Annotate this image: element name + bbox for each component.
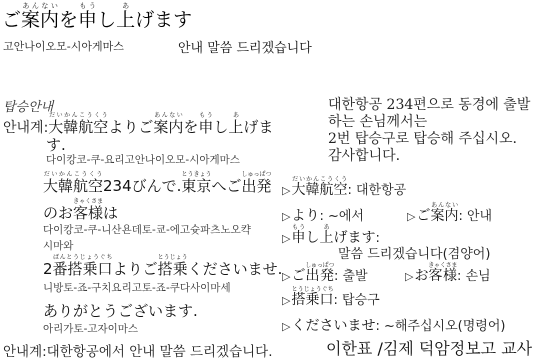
triangle-marker-icon: ▷: [282, 320, 290, 333]
page-title: ご案内あんないを申もうし上あげます: [2, 2, 192, 32]
gloss-meaning: ~해주십시오(명령어): [384, 319, 506, 334]
gloss-meaning: 탑승구: [342, 293, 380, 308]
speaker-label: 안내계:: [3, 120, 48, 136]
gloss-meaning: ~에서: [328, 209, 364, 224]
dialogue-line-4: ありがとうございます.: [43, 300, 198, 321]
dialogue-line-2: 大韓航空だいかんこうくう234びんで.東京とうきょうへご出発しゅっぱつ: [43, 171, 271, 196]
ruby-toujou: 搭乗とうじょう: [158, 260, 188, 278]
dialogue-line-1-pron: 다이캉코-쿠-요리고안나이오모-시아게마스: [46, 152, 240, 167]
ruby-a: 上あ: [228, 118, 243, 136]
glossary-item: ▷より: ~에서: [282, 205, 364, 225]
gloss-word: 出発しゅっぱつ: [305, 268, 334, 284]
title-ruby-annai: 案内あんない: [21, 9, 59, 31]
translation-line: 대한항공 234편으로 동경에 출발: [328, 97, 530, 114]
korean-translation: 대한항공 234편으로 동경에 출발 하는 손님께서는 2번 탑승구로 탑승해 …: [328, 97, 530, 165]
translation-line: 2번 탑승구로 탑승해 주십시오.: [328, 131, 530, 148]
title-part: ご: [2, 9, 21, 31]
triangle-marker-icon: ▷: [282, 210, 290, 223]
title-part: し: [97, 9, 116, 31]
ruby-annai: 案内あんない: [153, 118, 183, 136]
author-credit: 이한표 /김제 덕암정보고 교사: [326, 336, 532, 359]
glossary-item: ▷ご案内あんない: 안내: [407, 202, 492, 225]
title-translation: 안내 말씀 드리겠습니다: [178, 37, 312, 56]
glossary-item: ▷くださいませ: ~해주십시오(명령어): [282, 315, 506, 335]
gloss-word: 案内あんない: [430, 208, 458, 224]
gloss-word: 客様きゃくさま: [428, 268, 457, 284]
title-part: げます: [135, 9, 192, 31]
gloss-meaning: 안내: [467, 209, 492, 224]
ruby-daikankoukuu-2: 大韓航空だいかんこうくう: [43, 177, 103, 195]
glossary-item: ▷お客様きゃくさま: 손님: [405, 262, 491, 285]
gloss-word: 搭乗口とうじょうぐち: [291, 292, 333, 308]
dialogue-line-1: 안내계:大韓航空だいかんこうくうよりご案内あんないを申もうし上あげま: [3, 112, 273, 137]
dialogue-line-4-pron: 아리가토-고자이마스: [43, 321, 138, 336]
gloss-word: くださいませ: [291, 318, 375, 334]
gloss-meaning: 출발: [343, 269, 368, 284]
glossary-item: ▷搭乗口とうじょうぐち: 탑승구: [282, 286, 380, 309]
gloss-word: より: [291, 208, 319, 224]
title-part: を: [59, 9, 78, 31]
dialogue-line-3: 2番搭乗口ばんとうじょうぐちよりご搭乗とうじょうくださいませ.: [43, 254, 282, 279]
dialogue-line-2-pron: 다이캉코-쿠-니산욘데토-쿄-에고슛파츠노오캭: [43, 222, 251, 237]
ruby-mou: 申もう: [198, 118, 213, 136]
ruby-shuppatsu: 出発しゅっぱつ: [241, 177, 271, 195]
gloss-word: 大韓航空だいかんこうくう: [291, 182, 347, 198]
dialogue-line-2-pron-cont: 시마와: [43, 238, 73, 253]
triangle-marker-icon: ▷: [282, 232, 290, 245]
triangle-marker-icon: ▷: [282, 184, 290, 197]
glossary-item: ▷ご出発しゅっぱつ: 출발: [282, 262, 368, 285]
glossary-item: ▷大韓航空だいかんこうくう: 대한항공: [282, 176, 406, 199]
ruby-a-g: 上あ: [319, 230, 333, 246]
ruby-kyakusama: 客様きゃくさま: [73, 204, 103, 222]
dialogue-line-2-cont: のお客様きゃくさまは: [43, 198, 118, 223]
gloss-meaning: 대한항공: [356, 183, 406, 198]
gloss-meaning: 말씀 드리겠습니다(겸양어): [338, 243, 490, 262]
closing-line: 안내계:대한항공에서 안내 말씀 드리겠습니다.: [3, 340, 273, 360]
ruby-bantoujouguchi: 番搭乗口ばんとうじょうぐち: [53, 260, 113, 278]
ruby-mou-g: 申もう: [291, 230, 305, 246]
triangle-marker-icon: ▷: [282, 270, 290, 283]
translation-line: 감사합니다.: [328, 148, 530, 165]
gloss-meaning: 손님: [466, 269, 491, 284]
triangle-marker-icon: ▷: [407, 210, 415, 223]
title-ruby-mou: 申もう: [78, 9, 97, 31]
title-ruby-a: 上あ: [116, 9, 135, 31]
title-pronunciation: 고안나이오모-시아게마스: [3, 38, 124, 54]
triangle-marker-icon: ▷: [405, 270, 413, 283]
translation-line: 하는 손님께서는: [328, 114, 530, 131]
dialogue-line-3-pron: 니방토-죠-구치요리고토-죠-쿠다사이마세: [43, 280, 231, 295]
triangle-marker-icon: ▷: [282, 294, 290, 307]
ruby-toukyou: 東京とうきょう: [181, 177, 211, 195]
